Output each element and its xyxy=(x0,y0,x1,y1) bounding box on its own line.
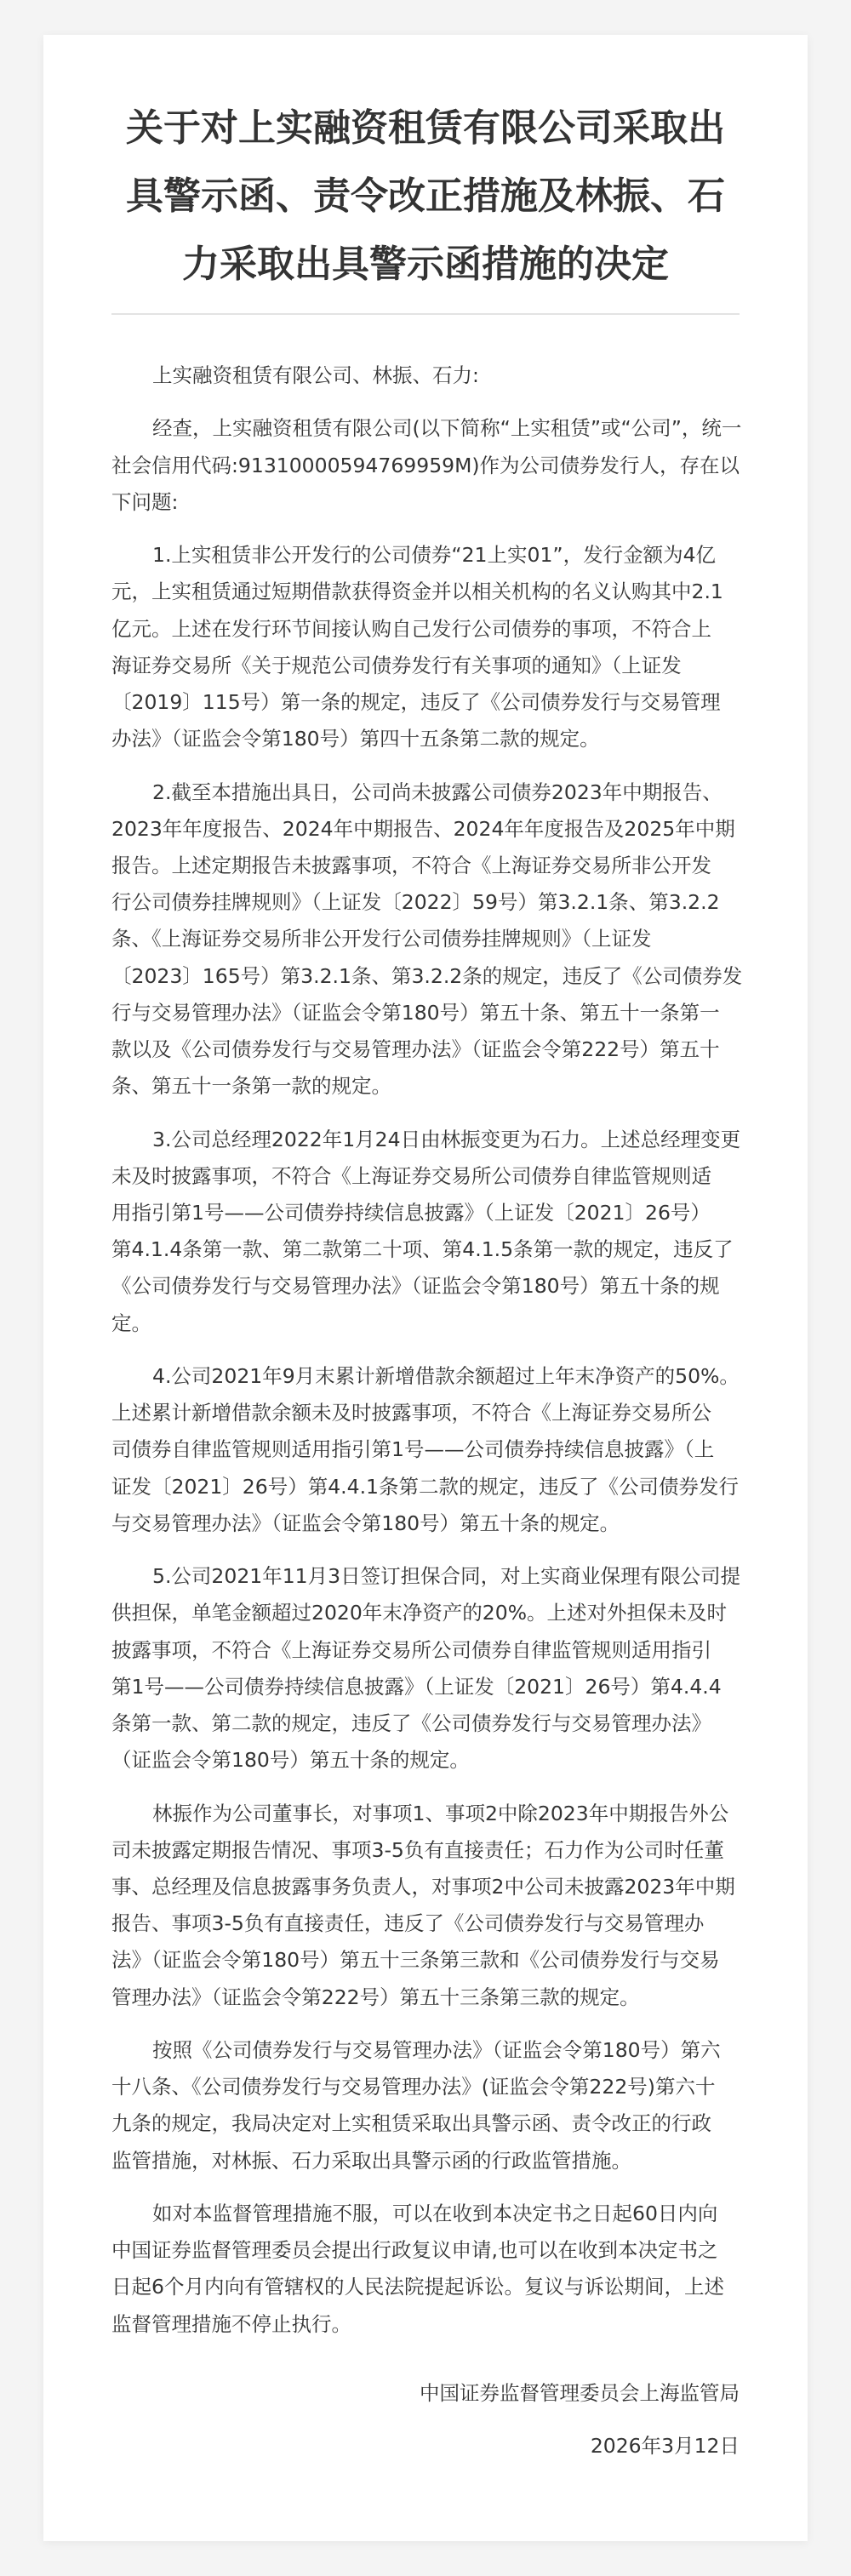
paragraph-line: 经查，上实融资租赁有限公司(以下简称“上实租赁”或“公司”，统一 xyxy=(111,410,740,447)
issue-date: 2026年3月12日 xyxy=(111,2428,740,2465)
paragraph-line: 十八条、《公司债券发行与交易管理办法》(证监会令第222号)第六十 xyxy=(111,2069,740,2105)
issuer-name: 中国证券监督管理委员会上海监管局 xyxy=(111,2375,740,2412)
document-body: 上实融资租赁有限公司、林振、石力: 经查，上实融资租赁有限公司(以下简称“上实租… xyxy=(111,357,740,2465)
paragraph-line: 上述累计新增借款余额未及时披露事项，不符合《上海证券交易所公 xyxy=(111,1395,740,1431)
paragraph-line: 报告、事项3-5负有直接责任，违反了《公司债券发行与交易管理办 xyxy=(111,1905,740,1942)
paragraph-line: 监督管理措施不停止执行。 xyxy=(111,2306,740,2343)
paragraph-line: 1.上实租赁非公开发行的公司债券“21上实01”，发行金额为4亿 xyxy=(111,537,740,574)
paragraph-line: 《公司债券发行与交易管理办法》（证监会令第180号）第五十条的规 xyxy=(111,1268,740,1305)
paragraph-line: 亿元。上述在发行环节间接认购自己发行公司债券的事项，不符合上 xyxy=(111,611,740,648)
paragraph-line: 管理办法》（证监会令第222号）第五十三条第三款的规定。 xyxy=(111,1979,740,2016)
paragraph-line: 中国证券监督管理委员会提出行政复议申请,也可以在收到本决定书之 xyxy=(111,2232,740,2269)
paragraph-line: 如对本监督管理措施不服，可以在收到本决定书之日起60日内向 xyxy=(111,2196,740,2232)
body-paragraph: 3.公司总经理2022年1月24日由林振变更为石力。上述总经理变更未及时披露事项… xyxy=(111,1122,740,1342)
paragraph-line: 法》（证监会令第180号）第五十三条第三款和《公司债券发行与交易 xyxy=(111,1942,740,1979)
body-paragraph: 按照《公司债券发行与交易管理办法》（证监会令第180号）第六十八条、《公司债券发… xyxy=(111,2032,740,2179)
paragraph-line: 条第一款、第二款的规定，违反了《公司债券发行与交易管理办法》 xyxy=(111,1705,740,1742)
paragraph-line: 林振作为公司董事长，对事项1、事项2中除2023年中期报告外公 xyxy=(111,1796,740,1832)
paragraph-line: 日起6个月内向有管辖权的人民法院提起诉讼。复议与诉讼期间，上述 xyxy=(111,2269,740,2305)
paragraph-line: 行与交易管理办法》（证监会令第180号）第五十条、第五十一条第一 xyxy=(111,995,740,1031)
paragraph-line: 行公司债券挂牌规则》（上证发〔2022〕59号）第3.2.1条、第3.2.2 xyxy=(111,884,740,921)
paragraph-line: 事、总经理及信息披露事务负责人，对事项2中公司未披露2023年中期 xyxy=(111,1869,740,1905)
paragraph-line: 〔2019〕115号）第一条的规定，违反了《公司债券发行与交易管理 xyxy=(111,684,740,721)
body-paragraph: 如对本监督管理措施不服，可以在收到本决定书之日起60日内向中国证券监督管理委员会… xyxy=(111,2196,740,2343)
paragraph-line: 款以及《公司债券发行与交易管理办法》（证监会令第222号）第五十 xyxy=(111,1031,740,1068)
paragraph-line: 办法》（证监会令第180号）第四十五条第二款的规定。 xyxy=(111,721,740,757)
paragraph-line: 用指引第1号——公司债券持续信息披露》（上证发〔2021〕26号） xyxy=(111,1195,740,1231)
body-paragraph: 1.上实租赁非公开发行的公司债券“21上实01”，发行金额为4亿元，上实租赁通过… xyxy=(111,537,740,757)
salutation: 上实融资租赁有限公司、林振、石力: xyxy=(111,357,740,394)
paragraph-line: 元，上实租赁通过短期借款获得资金并以相关机构的名义认购其中2.1 xyxy=(111,574,740,610)
paragraph-line: 3.公司总经理2022年1月24日由林振变更为石力。上述总经理变更 xyxy=(111,1122,740,1158)
paragraph-line: 与交易管理办法》（证监会令第180号）第五十条的规定。 xyxy=(111,1505,740,1542)
paragraph-line: 监管措施，对林振、石力采取出具警示函的行政监管措施。 xyxy=(111,2143,740,2179)
document-title: 关于对上实融资租赁有限公司采取出 具警示函、责令改正措施及林振、石 力采取出具警… xyxy=(111,94,740,299)
paragraph-line: 证发〔2021〕26号）第4.4.1条第二款的规定，违反了《公司债券发行 xyxy=(111,1469,740,1505)
salutation-text: 上实融资租赁有限公司、林振、石力: xyxy=(111,357,740,394)
paragraph-line: 4.公司2021年9月末累计新增借款余额超过上年末净资产的50%。 xyxy=(111,1358,740,1395)
paragraph-line: 司债券自律监管规则适用指引第1号——公司债券持续信息披露》（上 xyxy=(111,1431,740,1468)
paragraph-line: 第1号——公司债券持续信息披露》（上证发〔2021〕26号）第4.4.4 xyxy=(111,1669,740,1705)
paragraph-line: 2023年年度报告、2024年中期报告、2024年年度报告及2025年中期 xyxy=(111,811,740,848)
document-card: 关于对上实融资租赁有限公司采取出 具警示函、责令改正措施及林振、石 力采取出具警… xyxy=(43,35,808,2541)
paragraph-line: 5.公司2021年11月3日签订担保合同，对上实商业保理有限公司提 xyxy=(111,1558,740,1595)
body-paragraph: 2.截至本措施出具日，公司尚未披露公司债券2023年中期报告、2023年年度报告… xyxy=(111,774,740,1105)
paragraph-line: 按照《公司债券发行与交易管理办法》（证监会令第180号）第六 xyxy=(111,2032,740,2069)
body-paragraph: 4.公司2021年9月末累计新增借款余额超过上年末净资产的50%。上述累计新增借… xyxy=(111,1358,740,1542)
paragraph-line: 供担保，单笔金额超过2020年末净资产的20%。上述对外担保未及时 xyxy=(111,1595,740,1631)
paragraph-line: 下问题: xyxy=(111,484,740,521)
paragraph-line: （证监会令第180号）第五十条的规定。 xyxy=(111,1742,740,1779)
paragraph-line: 定。 xyxy=(111,1305,740,1342)
title-line: 关于对上实融资租赁有限公司采取出 xyxy=(111,94,740,163)
paragraph-line: 报告。上述定期报告未披露事项，不符合《上海证券交易所非公开发 xyxy=(111,848,740,884)
body-paragraph: 经查，上实融资租赁有限公司(以下简称“上实租赁”或“公司”，统一社会信用代码:9… xyxy=(111,410,740,521)
paragraph-line: 未及时披露事项，不符合《上海证券交易所公司债券自律监管规则适 xyxy=(111,1158,740,1195)
paragraph-line: 条、第五十一条第一款的规定。 xyxy=(111,1068,740,1105)
paragraph-line: 披露事项，不符合《上海证券交易所公司债券自律监管规则适用指引 xyxy=(111,1632,740,1669)
title-divider xyxy=(111,313,740,315)
paragraph-list: 经查，上实融资租赁有限公司(以下简称“上实租赁”或“公司”，统一社会信用代码:9… xyxy=(111,410,740,2342)
signature-block: 中国证券监督管理委员会上海监管局 2026年3月12日 xyxy=(111,2375,740,2465)
paragraph-line: 〔2023〕165号）第3.2.1条、第3.2.2条的规定，违反了《公司债券发 xyxy=(111,958,740,995)
body-paragraph: 林振作为公司董事长，对事项1、事项2中除2023年中期报告外公司未披露定期报告情… xyxy=(111,1796,740,2016)
paragraph-line: 第4.1.4条第一款、第二款第二十项、第4.1.5条第一款的规定，违反了 xyxy=(111,1231,740,1268)
body-paragraph: 5.公司2021年11月3日签订担保合同，对上实商业保理有限公司提供担保，单笔金… xyxy=(111,1558,740,1779)
title-line: 力采取出具警示函措施的决定 xyxy=(111,231,740,299)
title-line: 具警示函、责令改正措施及林振、石 xyxy=(111,163,740,231)
paragraph-line: 海证券交易所《关于规范公司债券发行有关事项的通知》（上证发 xyxy=(111,648,740,684)
paragraph-line: 司未披露定期报告情况、事项3-5负有直接责任；石力作为公司时任董 xyxy=(111,1832,740,1869)
paragraph-line: 2.截至本措施出具日，公司尚未披露公司债券2023年中期报告、 xyxy=(111,774,740,811)
paragraph-line: 九条的规定，我局决定对上实租赁采取出具警示函、责令改正的行政 xyxy=(111,2105,740,2142)
paragraph-line: 条、《上海证券交易所非公开发行公司债券挂牌规则》（上证发 xyxy=(111,921,740,957)
paragraph-line: 社会信用代码:91310000594769959M)作为公司债券发行人，存在以 xyxy=(111,448,740,484)
